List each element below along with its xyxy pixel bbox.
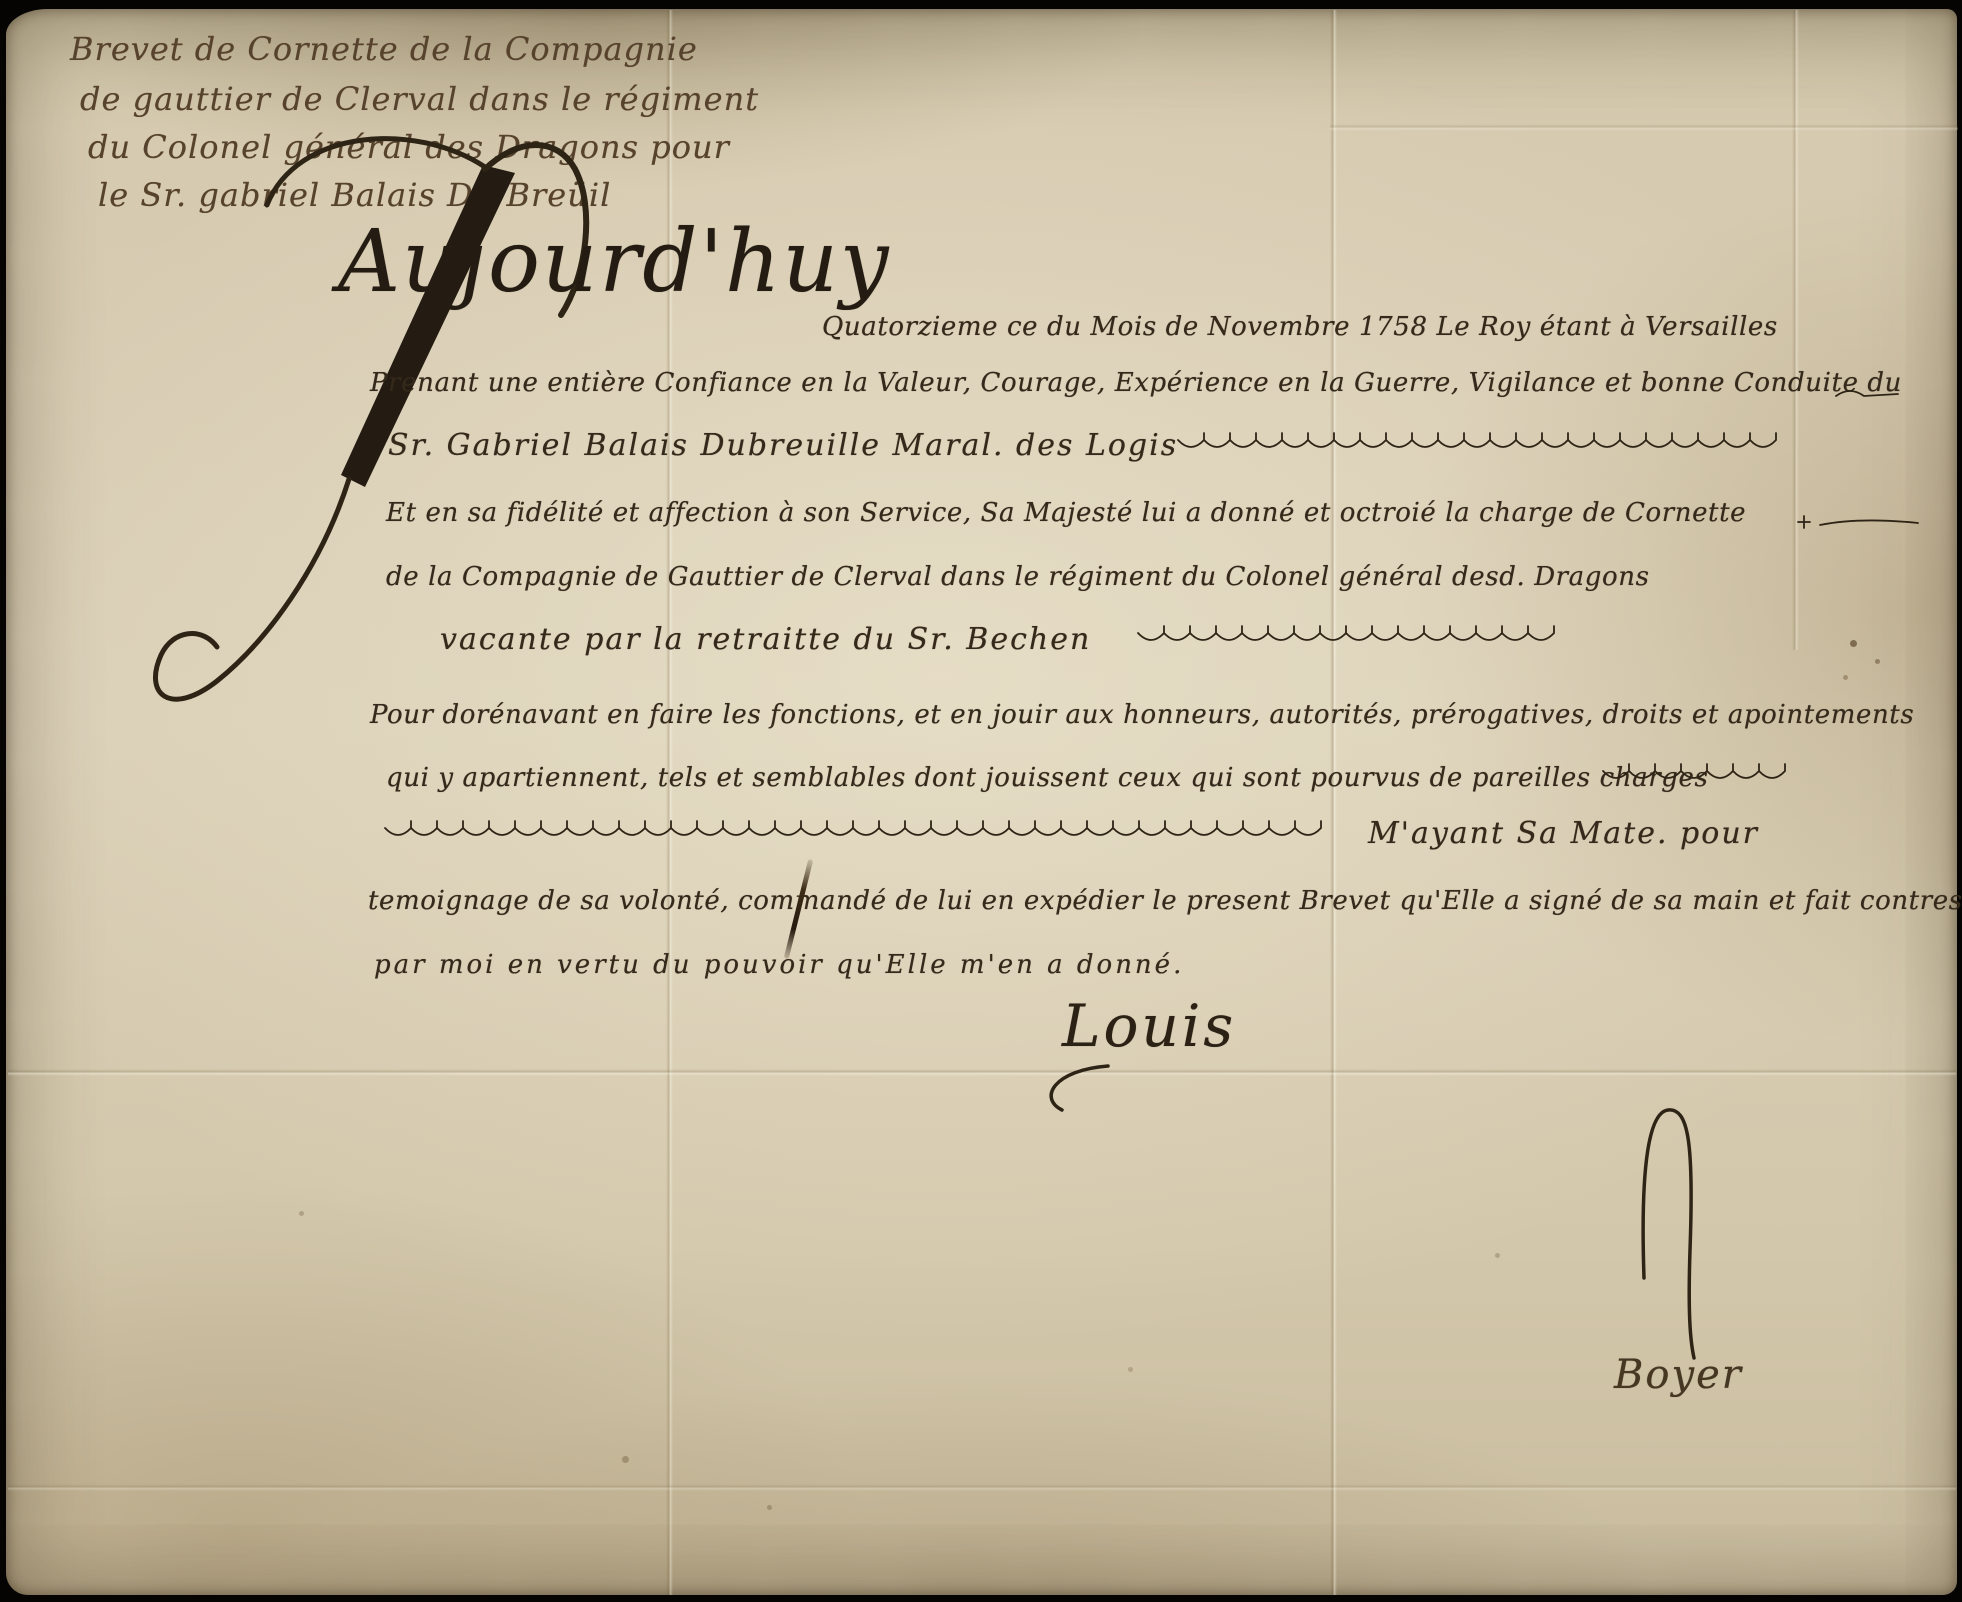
archival-note-line-1: Brevet de Cornette de la Compagnie xyxy=(70,30,698,68)
royal-signature: Louis xyxy=(1062,992,1236,1060)
ink-speckles xyxy=(0,0,3,3)
line-filler-squiggle-1 xyxy=(1175,432,1800,458)
body-line-3: Sr. Gabriel Balais Dubreuille Maral. des… xyxy=(388,428,1178,463)
body-line-5: de la Compagnie de Gauttier de Clerval d… xyxy=(386,562,1650,592)
body-line-8: qui y apartiennent, tels et semblables d… xyxy=(386,763,1708,793)
countersign-paraph-icon xyxy=(1630,1100,1720,1365)
opening-word: Aujourd'huy xyxy=(338,212,891,312)
line-filler-squiggle-2 xyxy=(1135,625,1565,651)
body-line-1: Quatorzieme ce du Mois de Novembre 1758 … xyxy=(822,312,1778,342)
archival-note-line-2: de gauttier de Clerval dans le régiment xyxy=(80,80,759,118)
countersignature: Boyer xyxy=(1614,1352,1743,1398)
body-line-9: M'ayant Sa Mate. pour xyxy=(1368,816,1759,851)
end-dash-line-2 xyxy=(1832,382,1904,406)
body-line-6: vacante par la retraitte du Sr. Bechen xyxy=(440,622,1091,657)
body-line-7: Pour dorénavant en faire les fonctions, … xyxy=(370,700,1914,730)
body-line-11: par moi en vertu du pouvoir qu'Elle m'en… xyxy=(374,950,1184,980)
line-filler-squiggle-3 xyxy=(1600,763,1795,789)
body-line-10: temoignage de sa volonté, commandé de lu… xyxy=(368,886,1962,916)
signature-flourish-icon xyxy=(1020,1058,1140,1118)
line-filler-squiggle-4 xyxy=(382,820,1342,846)
end-dash-line-4 xyxy=(1796,510,1924,536)
scan-background: Brevet de Cornette de la Compagnie de ga… xyxy=(0,0,1962,1602)
body-line-2: Prenant une entière Confiance en la Vale… xyxy=(370,368,1902,398)
body-line-4: Et en sa fidélité et affection à son Ser… xyxy=(386,498,1746,528)
